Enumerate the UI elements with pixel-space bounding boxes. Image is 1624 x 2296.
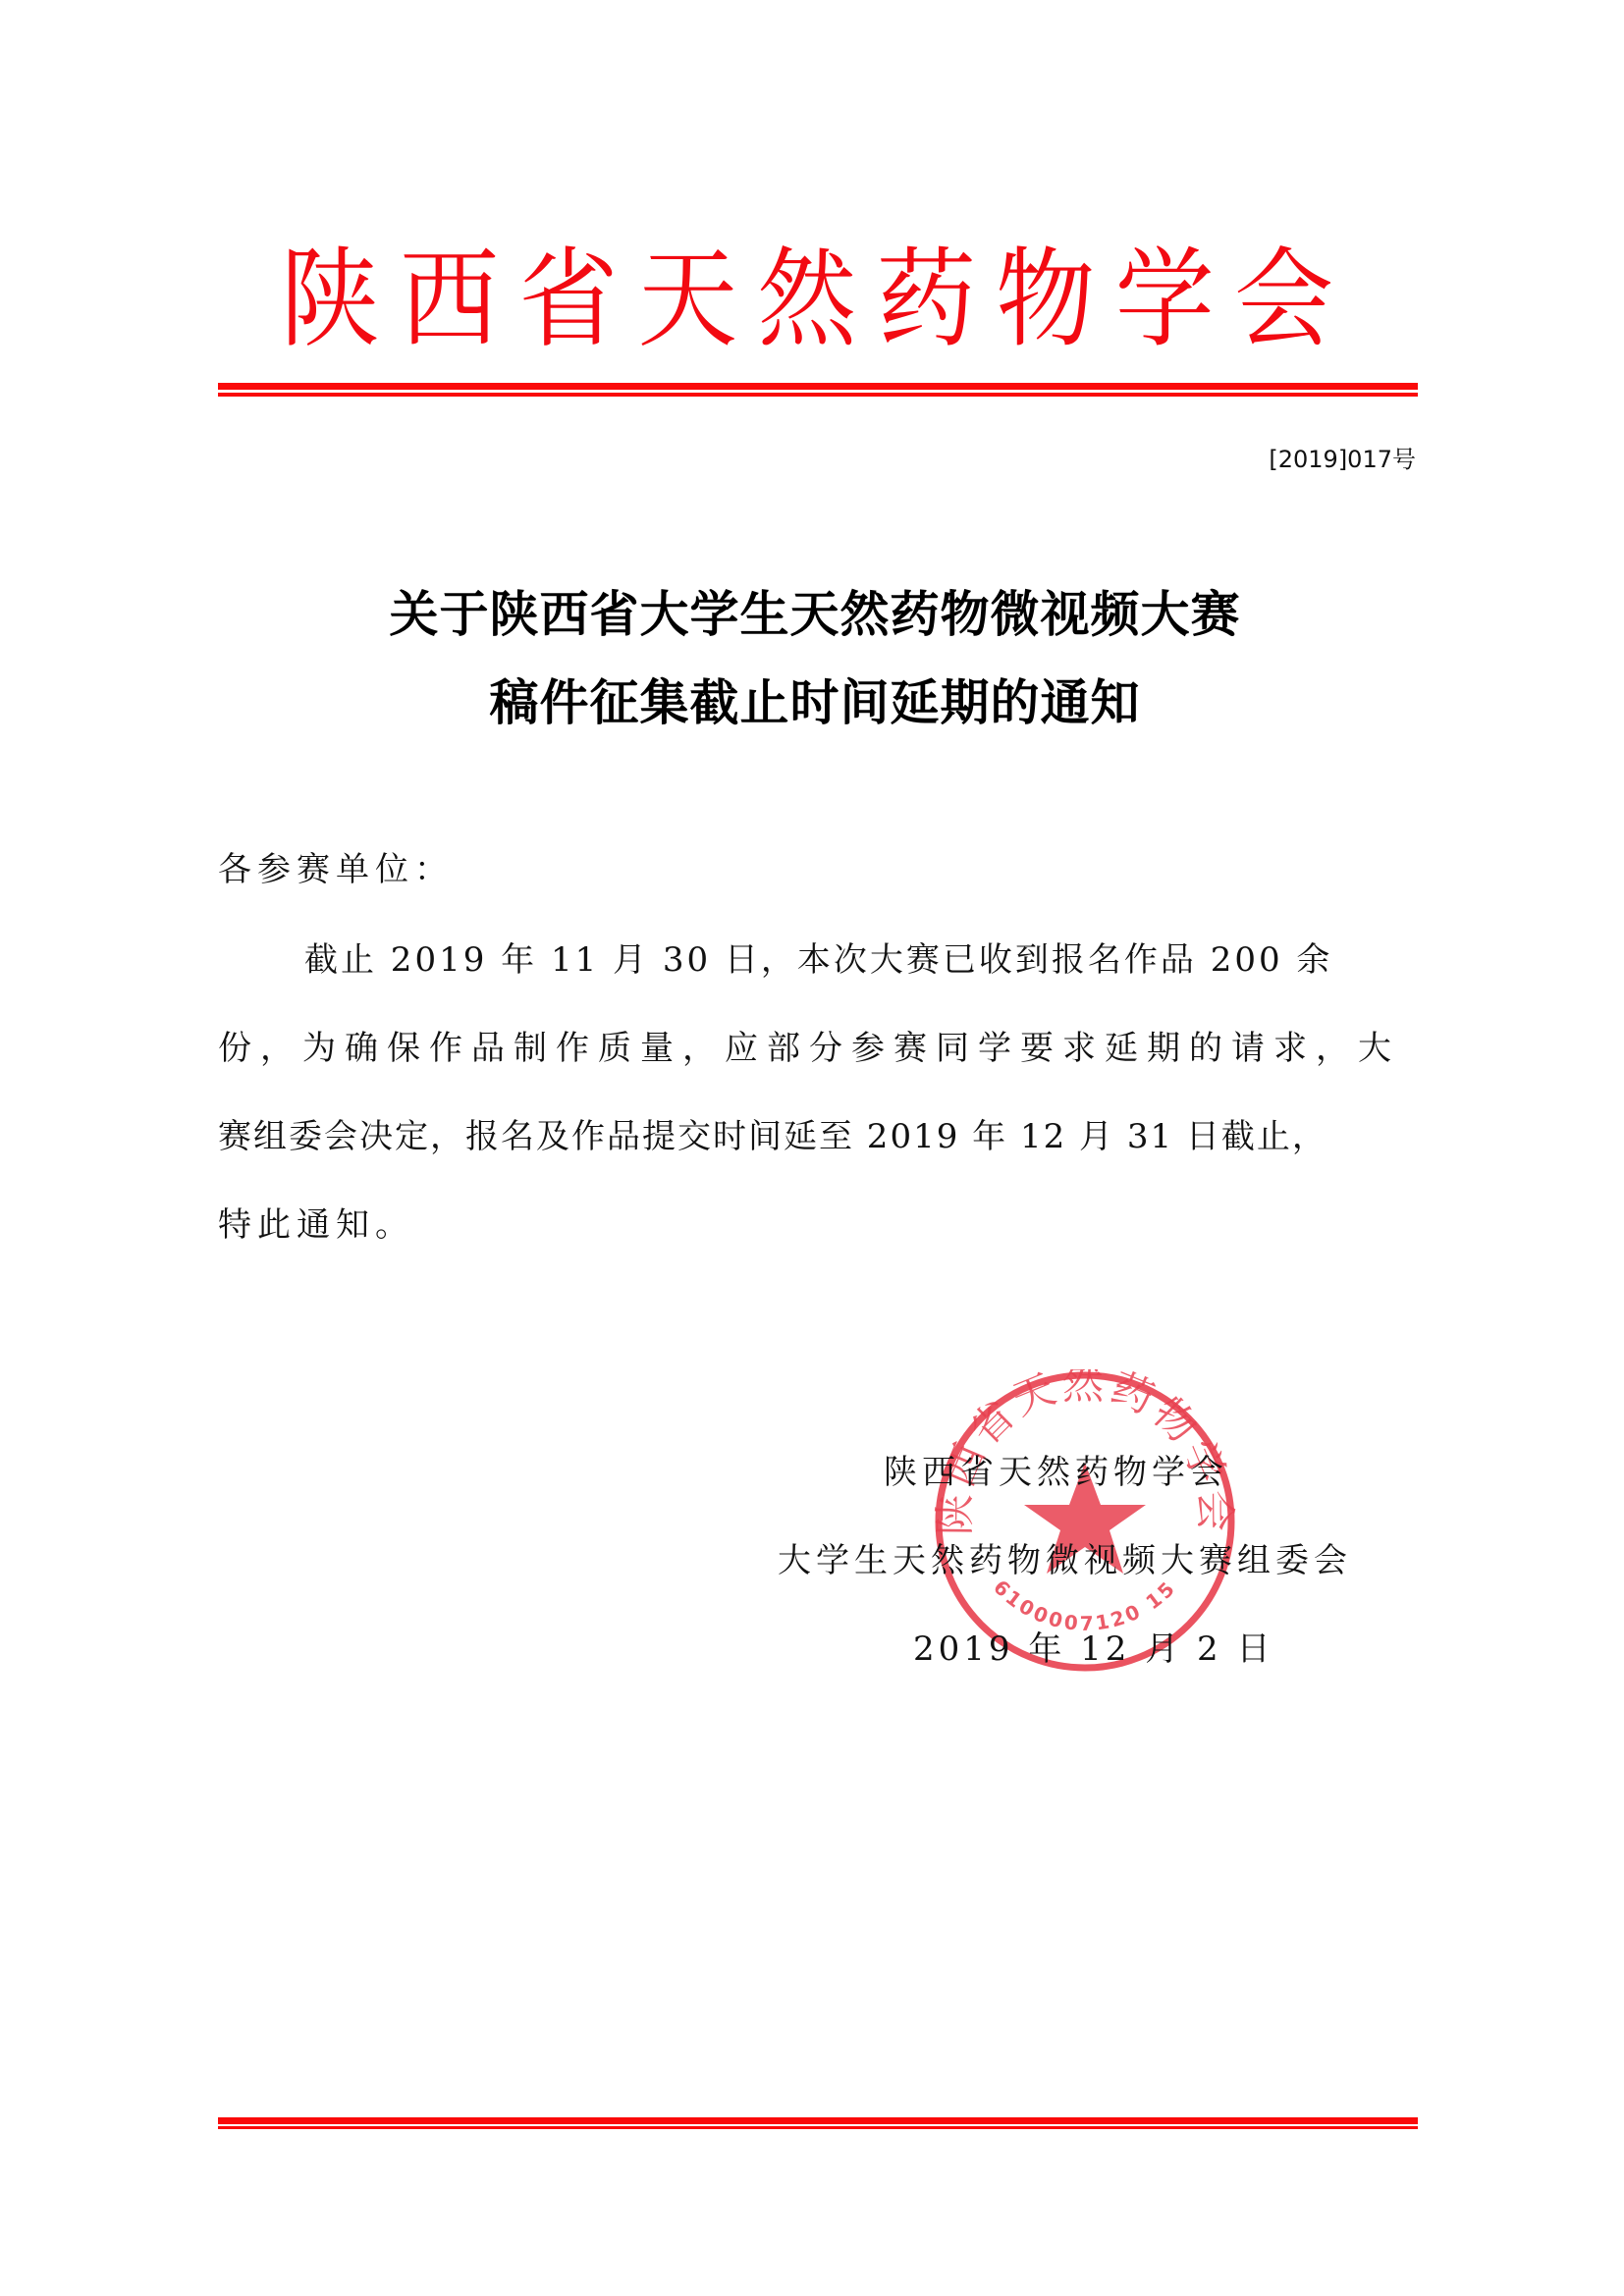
notice-title-line-2: 稿件征集截止时间延期的通知 [196,664,1434,734]
header-red-rule-thick [218,383,1418,390]
signature-date: 2019 年 12 月 2 日 [913,1622,1273,1670]
body-line-1: 截止 2019 年 11 月 30 日，本次大赛已收到报名作品 200 余 [218,933,1418,981]
document-number: [2019]017号 [1269,440,1416,474]
body-line-2: 份，为确保作品制作质量，应部分参赛同学要求延期的请求，大 [218,1021,1418,1069]
footer-red-rule-thin [218,2126,1418,2129]
notice-title-line-1: 关于陕西省大学生天然药物微视频大赛 [196,575,1434,646]
salutation: 各参赛单位： [218,842,454,890]
signature-committee: 大学生天然药物微视频大赛组委会 [778,1533,1352,1581]
footer-red-rule-thick [218,2117,1418,2124]
body-line-4: 特此通知。 [218,1198,1418,1246]
header-red-rule-thin [218,393,1418,397]
signature-organization: 陕西省天然药物学会 [884,1445,1228,1493]
body-line-3: 赛组委会决定，报名及作品提交时间延至 2019 年 12 月 31 日截止， [218,1109,1418,1157]
letterhead-org-name: 陕西省天然药物学会 [266,236,1368,363]
